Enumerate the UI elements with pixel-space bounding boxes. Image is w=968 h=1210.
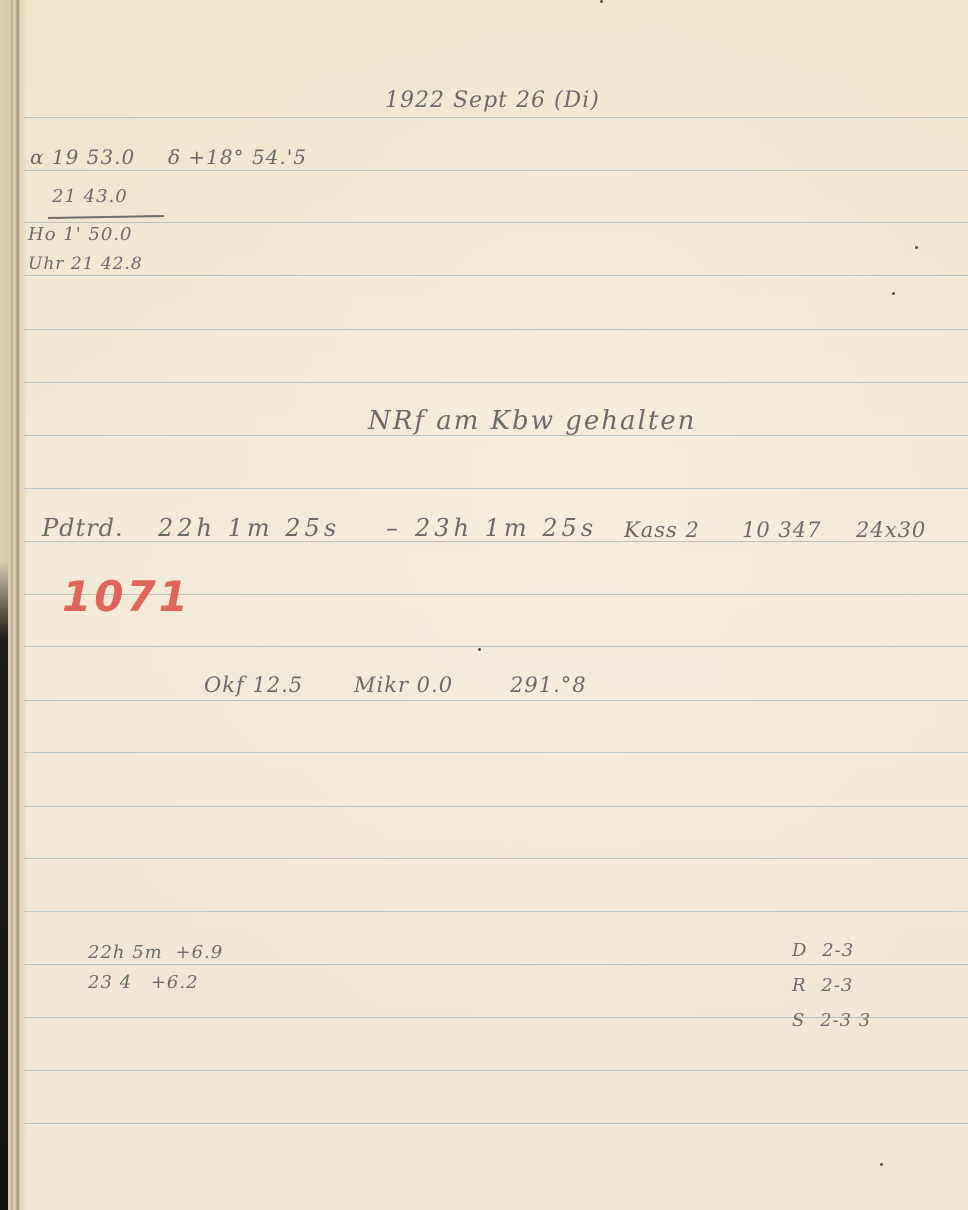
ruled-line [24,488,968,489]
calc-uhr-line: Uhr 21 42.8 [28,254,143,274]
plate-size: 24x30 [856,518,926,542]
ruled-line [24,700,968,701]
calc-result-line: Ho 1' 50.0 [28,224,132,245]
exposure-label: Pdtrd. [42,514,124,542]
ruled-line [24,911,968,912]
ruled-line [24,806,968,807]
ruled-line [24,964,968,965]
kassette-number: Kass 2 [624,518,700,542]
calc-subtrahend: 21 43.0 [52,186,128,207]
paper-speck [880,1163,883,1166]
uhr-label: Uhr [28,254,64,274]
ruled-line [24,382,968,383]
paper-speck [915,246,918,249]
quality-value: 2-3 [821,975,853,996]
ruled-line [24,170,968,171]
temperature-row: 22h 5m +6.9 [88,942,223,963]
delta-value: +18° 54.'5 [188,145,307,169]
quality-row: D 2-3 [792,940,854,961]
ruled-line [24,752,968,753]
exposure-separator: – [386,514,399,542]
calc-delta-line: δ +18° 54.'5 [168,145,307,169]
quality-symbol: R [792,975,807,996]
quality-row: S 2-3 3 [792,1010,871,1031]
quality-row: R 2-3 [792,975,853,996]
paper-speck [600,0,603,3]
quality-symbol: S [792,1010,805,1031]
ruled-line [24,275,968,276]
note-title: NRf am Kbw gehalten [368,406,696,436]
ruled-line [24,646,968,647]
alpha-label: α [30,145,45,169]
angle-value: 291.°8 [510,673,587,697]
temperature-row: 23 4 +6.2 [88,972,199,993]
okf-value: Okf 12.5 [204,673,303,697]
result-label: Ho [28,224,57,245]
calc-sum-underline [48,215,164,219]
alpha-value: 19 53.0 [52,145,135,169]
quality-value: 2-3 3 [820,1010,871,1031]
ruled-line [24,222,968,223]
exposure-start: 22h 1m 25s [158,514,340,542]
temp-time: 23 4 [88,972,132,993]
temp-value: +6.9 [175,942,223,963]
temp-time: 22h 5m [88,942,163,963]
ruled-line [24,858,968,859]
quality-symbol: D [792,940,807,961]
plate-number-red: 1071 [62,572,191,621]
entry-date: 1922 Sept 26 (Di) [385,88,600,113]
plate-id: 10 347 [742,518,821,542]
binding-shadow [0,560,8,1210]
result-value: 1' 50.0 [63,224,132,245]
ruled-line [24,1070,968,1071]
exposure-end: 23h 1m 25s [415,514,597,542]
paper-speck [478,648,481,651]
mikr-value: Mikr 0.0 [354,673,453,697]
uhr-value: 21 42.8 [71,254,143,274]
paper-speck [892,292,895,295]
ruled-line [24,1123,968,1124]
calc-alpha-line: α 19 53.0 [30,145,135,169]
delta-label: δ [168,145,181,169]
quality-value: 2-3 [822,940,854,961]
temp-value: +6.2 [151,972,199,993]
ruled-line [24,329,968,330]
notebook-page: 1922 Sept 26 (Di) α 19 53.0 δ +18° 54.'5… [0,0,968,1210]
ruled-line [24,117,968,118]
